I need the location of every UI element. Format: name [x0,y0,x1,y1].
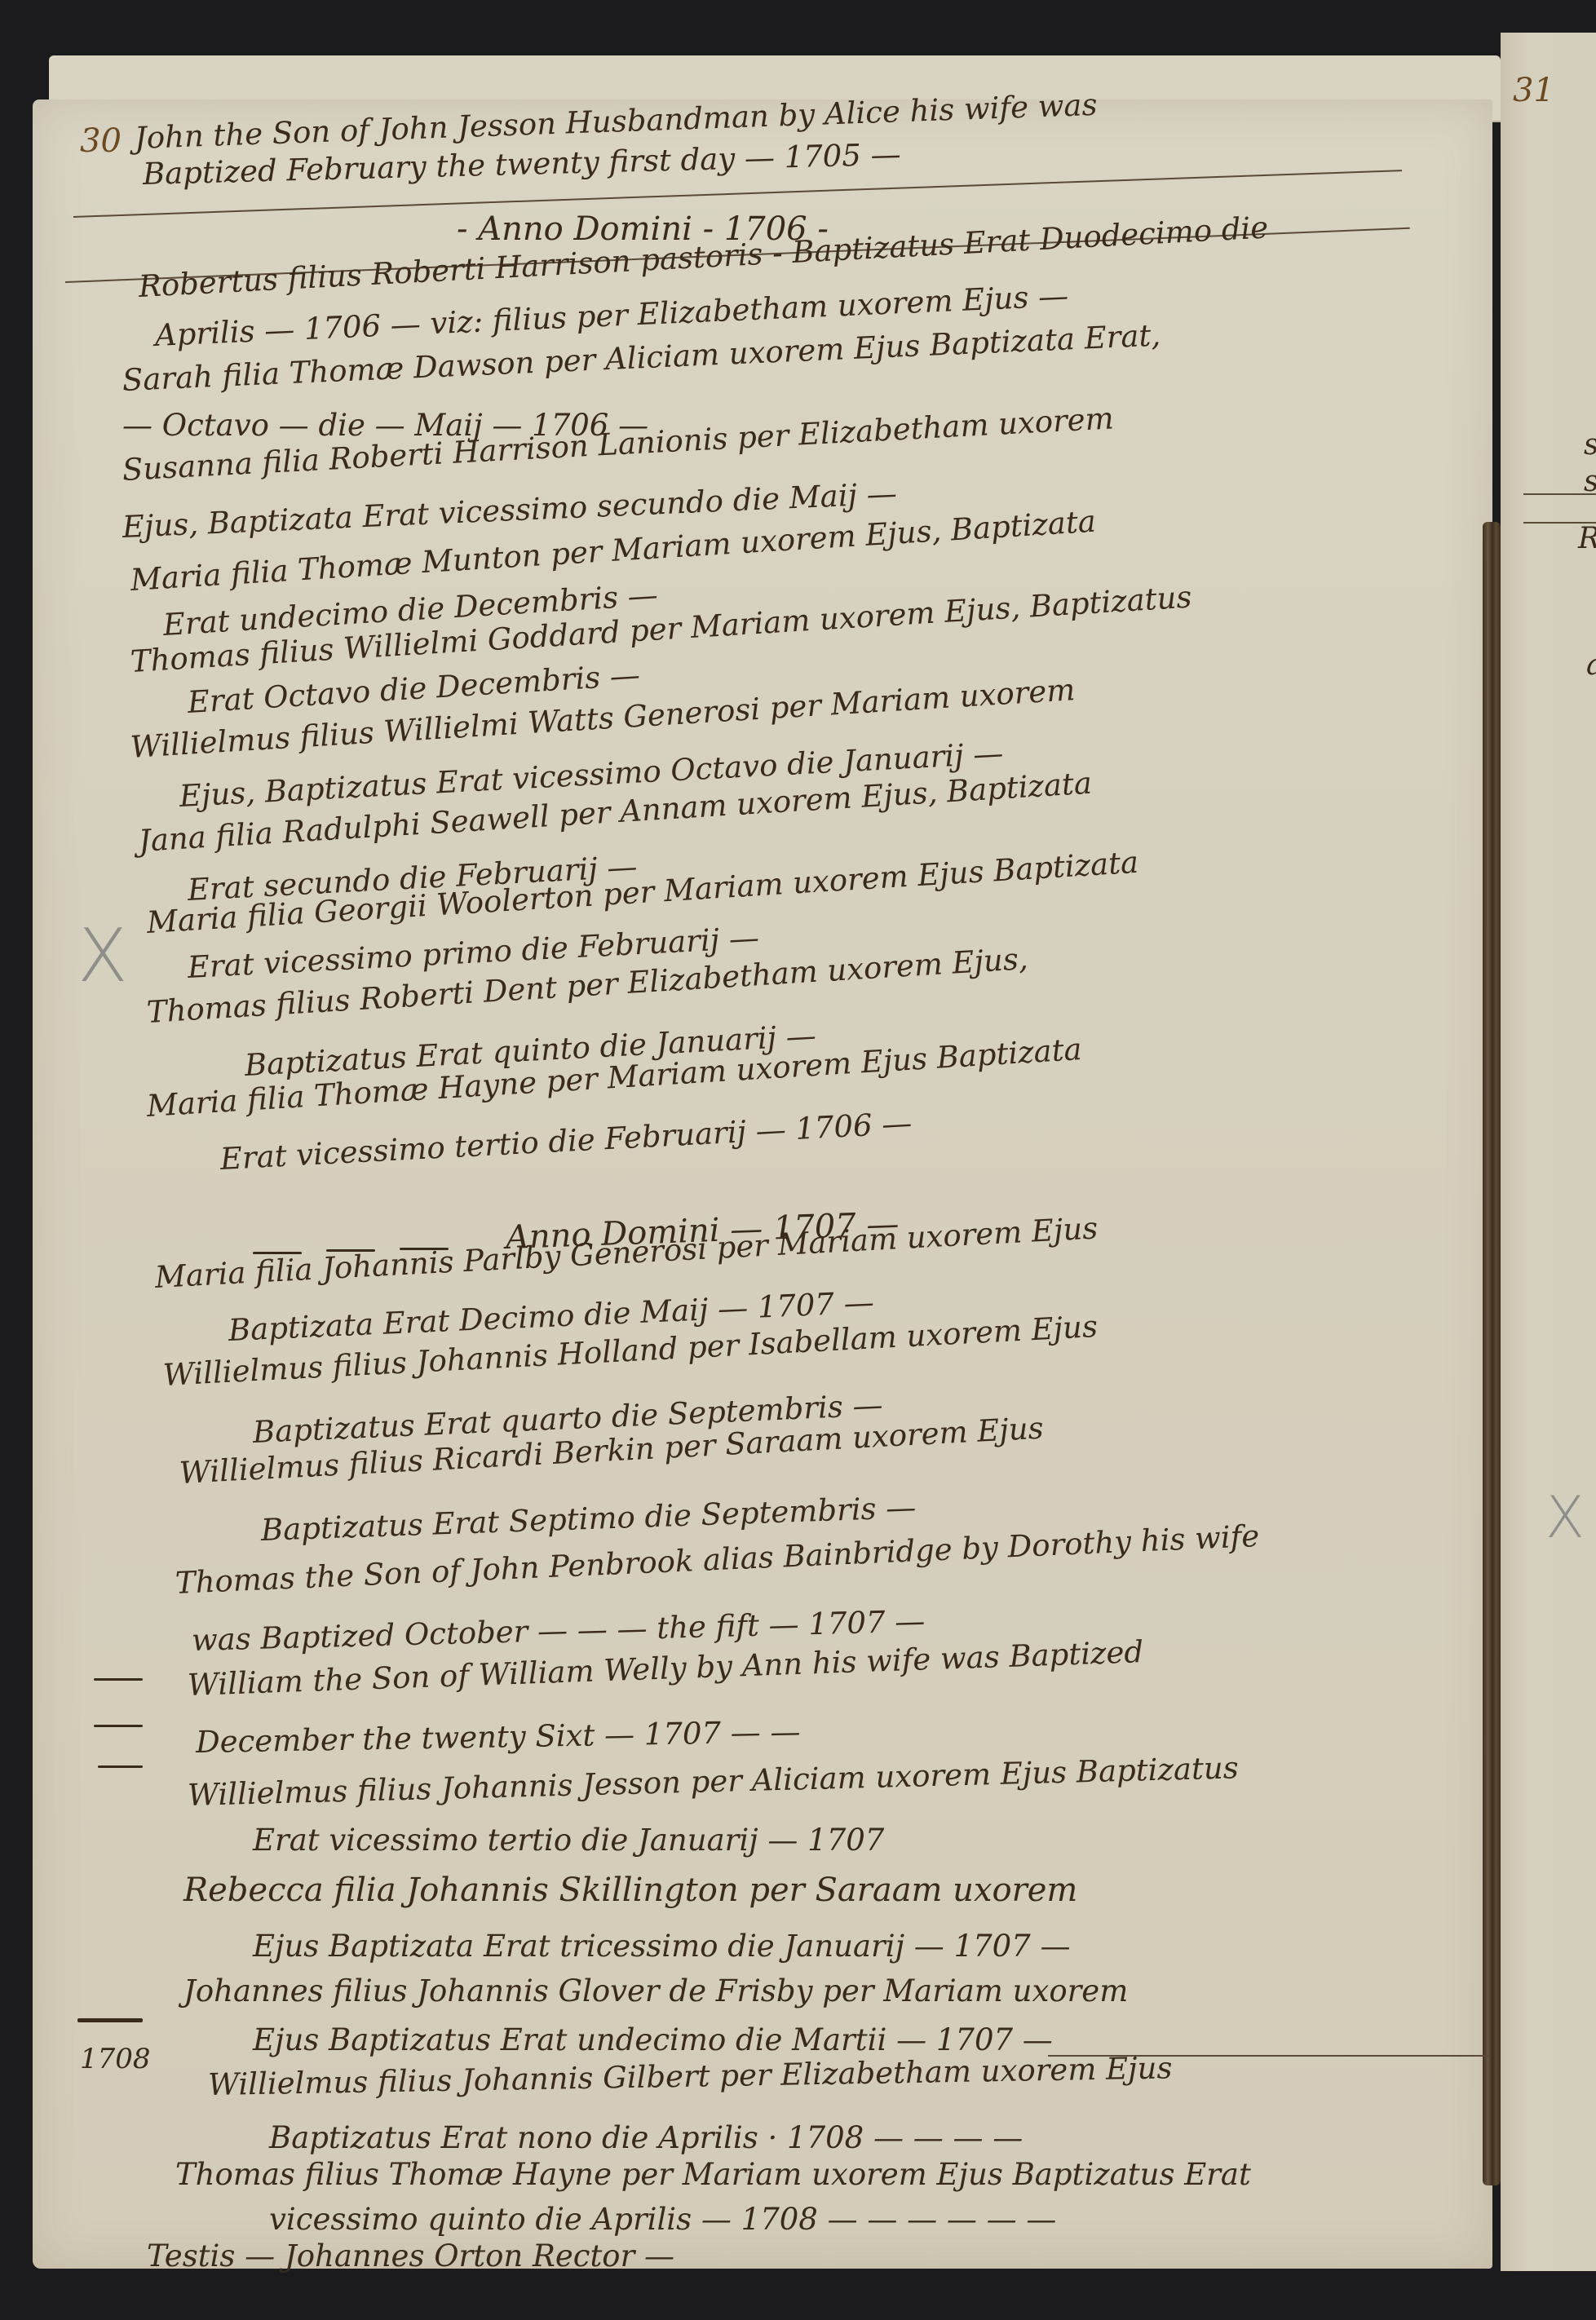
pencil-x-mark: X [1545,1484,1585,1551]
register-line: Ejus Baptizatus Erat undecimo die Martii… [253,2022,1053,2057]
right-page-text-fragment: R [1578,522,1596,555]
right-page-number: 31 [1513,72,1554,109]
register-line: Ejus Baptizata Erat tricessimo die Janua… [253,1929,1071,1964]
register-line: Baptizatus Erat nono die Aprilis · 1708 … [269,2120,1023,2155]
left-page-number: 30 [80,122,122,160]
book-binding-gutter [1483,522,1501,2185]
signature-line: Testis — Johannes Orton Rector — [147,2238,674,2274]
right-page-text-fragment: s [1584,428,1596,462]
dash-mark [94,1725,143,1727]
margin-year-1708: 1708 [80,2043,151,2075]
pencil-x-mark: X [77,913,128,999]
register-line: Thomas filius Thomæ Hayne per Mariam uxo… [175,2157,1251,2192]
register-line: vicessimo quinto die Aprilis — 1708 — — … [269,2202,1056,2237]
right-page [1501,33,1596,2271]
register-line: Rebecca filia Johannis Skillington per S… [183,1871,1077,1909]
right-page-text-fragment: s [1584,465,1596,498]
register-line: Johannes filius Johannis Glover de Frisb… [183,1973,1128,2008]
register-line: Erat vicessimo tertio die Januarij — 170… [253,1823,884,1858]
dash-mark [98,1765,143,1768]
dash-mark [94,1678,143,1681]
dash-mark [77,2018,143,2022]
right-page-text-fragment: a [1586,648,1596,682]
